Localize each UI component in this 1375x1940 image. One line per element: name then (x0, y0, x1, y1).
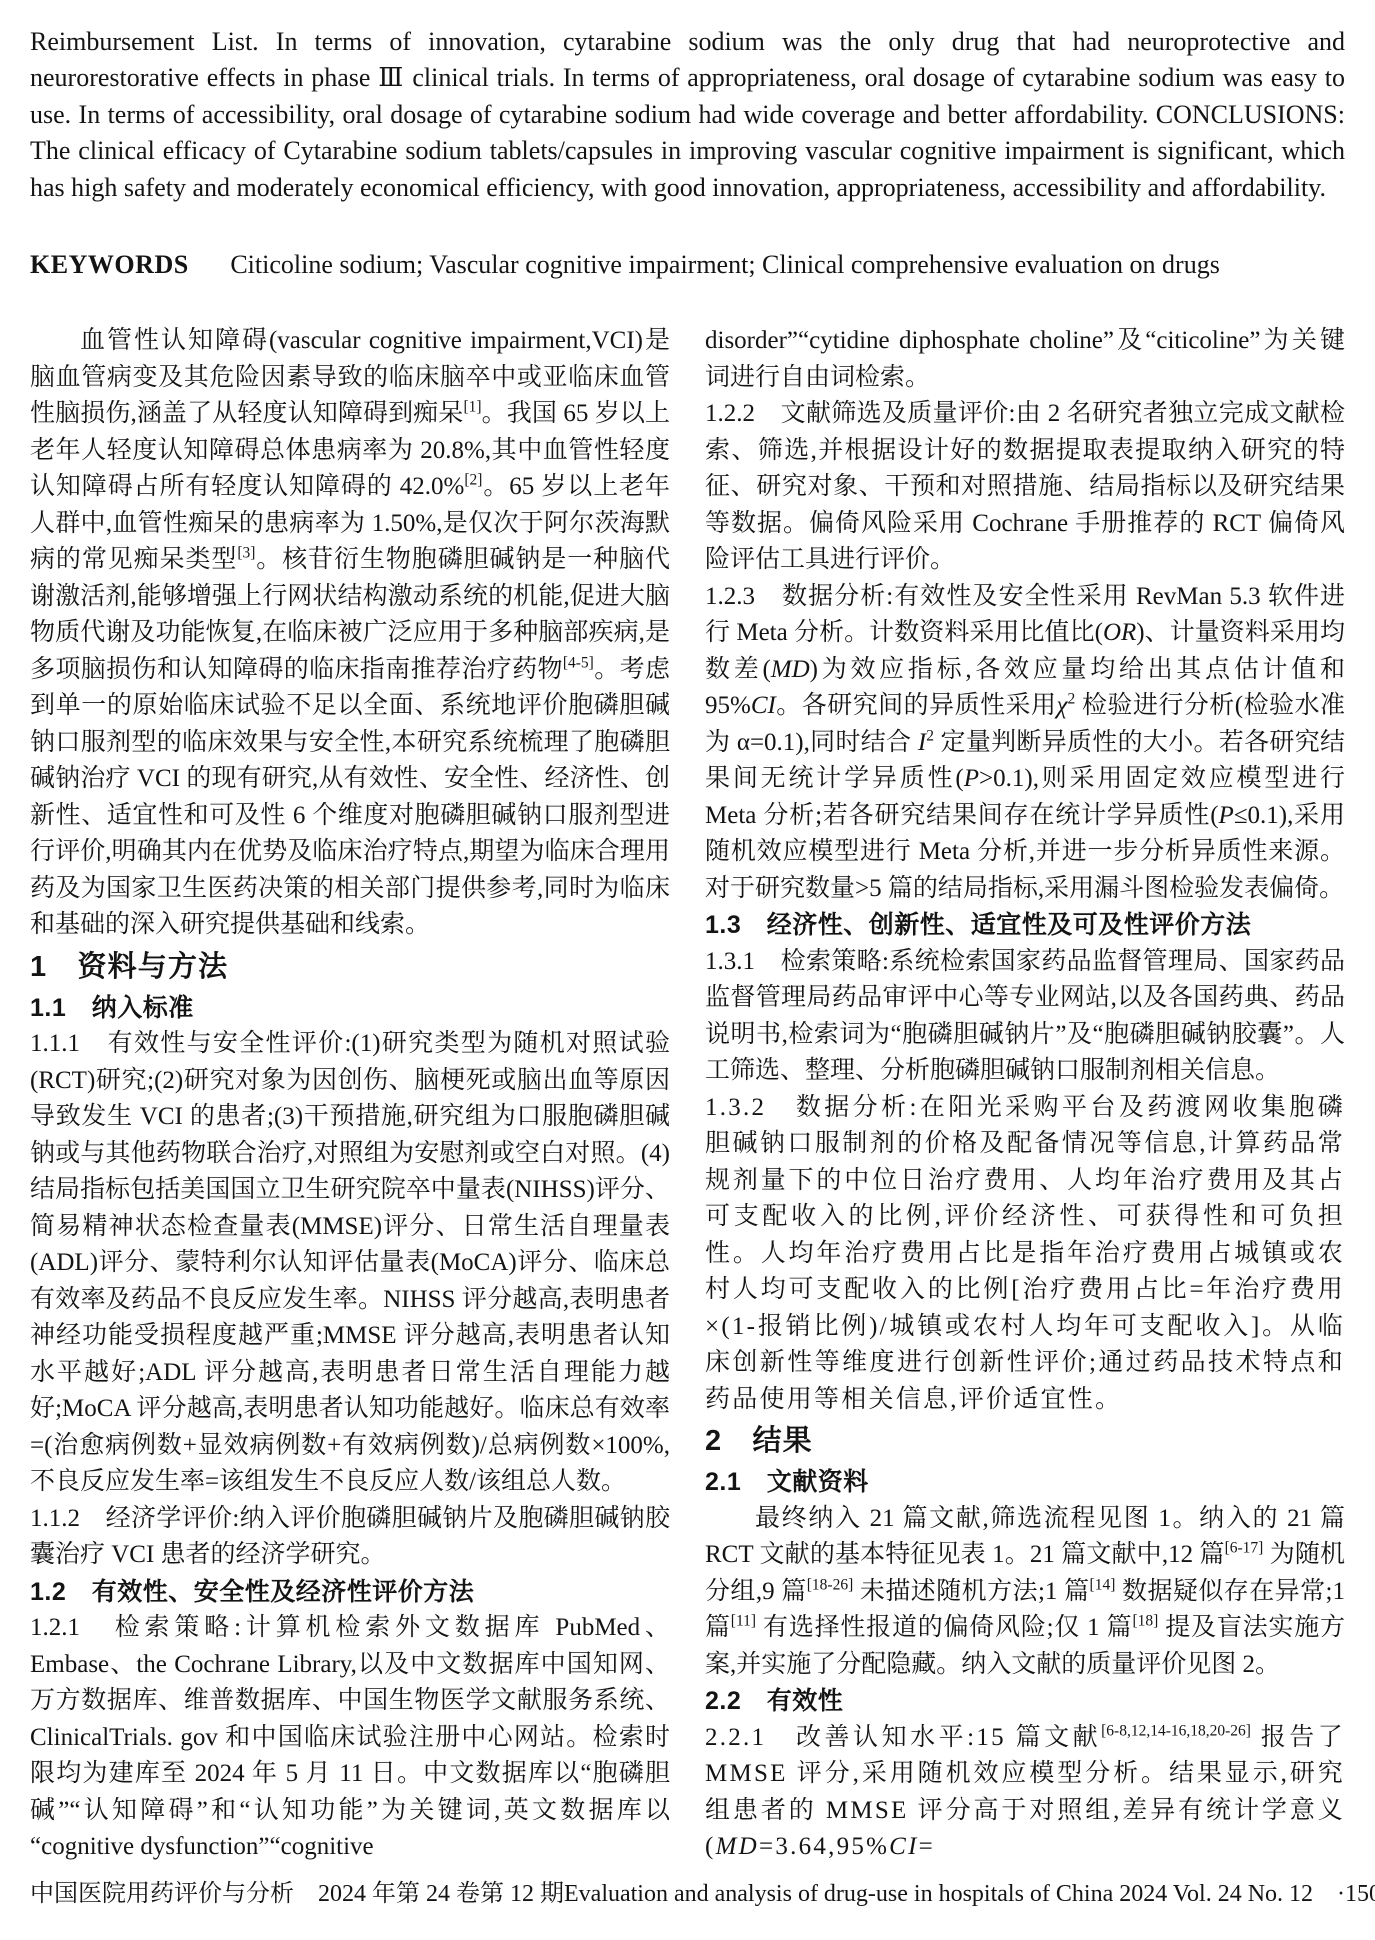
italic-statistic-symbol: P (1219, 802, 1234, 829)
left-column: 血管性认知障碍(vascular cognitive impairment,VC… (30, 323, 670, 1866)
paragraph: 2.2.1 改善认知水平:15 篇文献[6-8,12,14-16,18,20-2… (705, 1720, 1345, 1866)
text-run: =3.64,95% (759, 1833, 889, 1860)
page-footer: 中国医院用药评价与分析 2024 年第 24 卷第 12 期 Evaluatio… (30, 1878, 1345, 1910)
two-column-body: 血管性认知障碍(vascular cognitive impairment,VC… (30, 323, 1345, 1866)
paragraph: 1.3.1 检索策略:系统检索国家药品监督管理局、国家药品监督管理局药品审评中心… (705, 944, 1345, 1090)
reference-superscript: [18] (1132, 1613, 1158, 1630)
italic-statistic-symbol: MD (771, 656, 810, 683)
subsection-heading: 1.2 有效性、安全性及经济性评价方法 (30, 1574, 670, 1611)
paragraph: 1.2.3 数据分析:有效性及安全性采用 RevMan 5.3 软件进行 Met… (705, 579, 1345, 908)
text-run: 1.2 有效性、安全性及经济性评价方法 (30, 1578, 474, 1606)
reference-superscript: [2] (464, 472, 482, 489)
reference-superscript: [3] (237, 545, 255, 562)
paragraph: 1.1.2 经济学评价:纳入评价胞磷胆碱钠片及胞磷胆碱钠胶囊治疗 VCI 患者的… (30, 1501, 670, 1574)
text-run: 最终纳入 21 篇文献,筛选流程见图 1。纳入的 21 篇 RCT 文献的基本特… (705, 1505, 1345, 1569)
italic-statistic-symbol: MD (716, 1833, 759, 1860)
text-run: Reimbursement List. In terms of innovati… (30, 27, 1345, 202)
keywords-text: Citicoline sodium; Vascular cognitive im… (230, 250, 1219, 279)
text-run: 有选择性报道的偏倚风险;仅 1 篇 (756, 1614, 1132, 1641)
paragraph: 1.3.2 数据分析:在阳光采购平台及药渡网收集胞磷胆碱钠口服制剂的价格及配备情… (705, 1090, 1345, 1419)
text-run: 1.1.1 有效性与安全性评价:(1)研究类型为随机对照试验(RCT)研究;(2… (30, 1030, 670, 1495)
subsection-heading: 1.1 纳入标准 (30, 990, 670, 1027)
text-run: 2 结果 (705, 1425, 813, 1457)
footer-journal-title-en: Evaluation and analysis of drug-use in h… (564, 1878, 1375, 1910)
italic-statistic-symbol: I (918, 729, 926, 756)
text-run: 1.2.2 文献筛选及质量评价:由 2 名研究者独立完成文献检索、筛选,并根据设… (705, 400, 1345, 573)
text-run: 1.3.1 检索策略:系统检索国家药品监督管理局、国家药品监督管理局药品审评中心… (705, 948, 1345, 1085)
abstract-continuation-text: Reimbursement List. In terms of innovati… (30, 24, 1345, 206)
reference-superscript: [1] (463, 399, 481, 416)
keywords-label: KEYWORDS (30, 250, 189, 279)
text-run: 1.2.1 检索策略:计算机检索外文数据库 PubMed、Embase、the … (30, 1614, 670, 1860)
text-run: = (919, 1833, 935, 1860)
italic-statistic-symbol: CI (751, 692, 776, 719)
keywords-line: KEYWORDSCiticoline sodium; Vascular cogn… (30, 247, 1345, 283)
text-run: 1.3.2 数据分析:在阳光采购平台及药渡网收集胞磷胆碱钠口服制剂的价格及配备情… (705, 1094, 1345, 1413)
paragraph: disorder”“cytidine diphosphate choline”及… (705, 323, 1345, 396)
reference-superscript: [4-5] (563, 654, 594, 671)
reference-superscript: [14] (1090, 1576, 1116, 1593)
paragraph: 1.1.1 有效性与安全性评价:(1)研究类型为随机对照试验(RCT)研究;(2… (30, 1026, 670, 1501)
text-run: 。考虑到单一的原始临床试验不足以全面、系统地评价胞磷胆碱钠口服剂型的临床效果与安… (30, 656, 670, 939)
paragraph: 1.2.2 文献筛选及质量评价:由 2 名研究者独立完成文献检索、筛选,并根据设… (705, 396, 1345, 579)
italic-statistic-symbol: CI (889, 1833, 919, 1860)
reference-superscript: [11] (731, 1613, 756, 1630)
text-run: 1 资料与方法 (30, 951, 228, 983)
reference-superscript: [6-8,12,14-16,18,20-26] (1101, 1722, 1251, 1739)
text-run: 1.3 经济性、创新性、适宜性及可及性评价方法 (705, 911, 1251, 939)
paragraph: 最终纳入 21 篇文献,筛选流程见图 1。纳入的 21 篇 RCT 文献的基本特… (705, 1501, 1345, 1684)
reference-superscript: [18-26] (807, 1576, 854, 1593)
reference-superscript: 2 (926, 727, 934, 744)
italic-statistic-symbol: P (964, 765, 979, 792)
section-heading: 1 资料与方法 (30, 944, 670, 990)
subsection-heading: 2.1 文献资料 (705, 1464, 1345, 1501)
text-run: 2.2 有效性 (705, 1687, 843, 1715)
section-heading: 2 结果 (705, 1418, 1345, 1464)
text-run: 1.1 纳入标准 (30, 994, 194, 1022)
subsection-heading: 1.3 经济性、创新性、适宜性及可及性评价方法 (705, 907, 1345, 944)
subsection-heading: 2.2 有效性 (705, 1683, 1345, 1720)
paragraph: 1.2.1 检索策略:计算机检索外文数据库 PubMed、Embase、the … (30, 1610, 670, 1866)
text-run: disorder”“cytidine diphosphate choline”及… (705, 327, 1345, 391)
text-run: 2.1 文献资料 (705, 1468, 869, 1496)
italic-statistic-symbol: χ (1056, 692, 1067, 719)
reference-superscript: [6-17] (1225, 1540, 1264, 1557)
journal-page: Reimbursement List. In terms of innovati… (0, 0, 1375, 1940)
italic-statistic-symbol: OR (1103, 619, 1136, 646)
text-run: 1.1.2 经济学评价:纳入评价胞磷胆碱钠片及胞磷胆碱钠胶囊治疗 VCI 患者的… (30, 1505, 670, 1569)
right-column: disorder”“cytidine diphosphate choline”及… (705, 323, 1345, 1866)
text-run: 未描述随机方法;1 篇 (853, 1578, 1089, 1605)
text-run: 2.2.1 改善认知水平:15 篇文献 (705, 1724, 1101, 1751)
text-run: 。各研究间的异质性采用 (776, 692, 1057, 719)
footer-journal-title-cn: 中国医院用药评价与分析 2024 年第 24 卷第 12 期 (30, 1878, 564, 1910)
paragraph: 血管性认知障碍(vascular cognitive impairment,VC… (30, 323, 670, 944)
